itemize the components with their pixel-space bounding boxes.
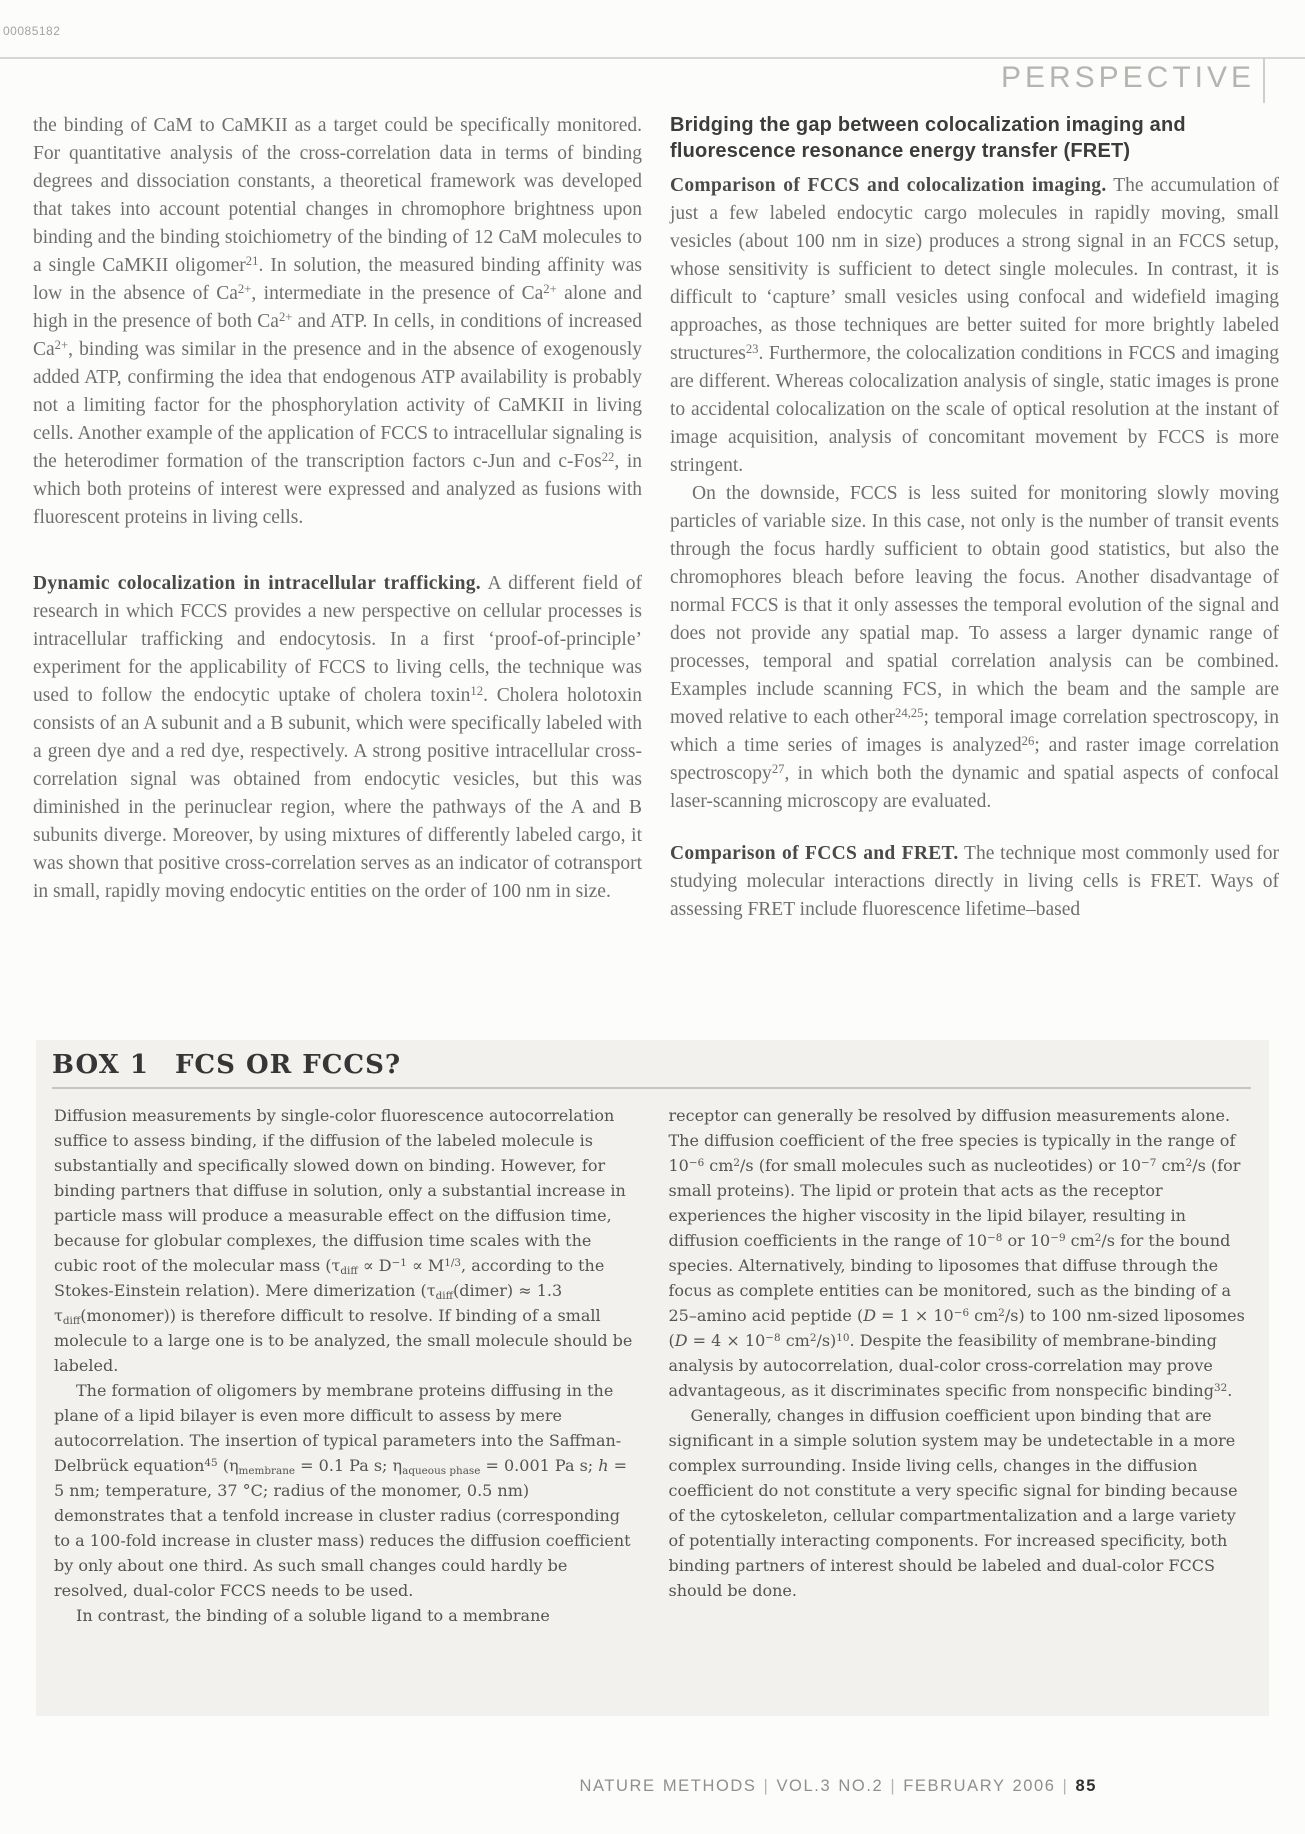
superscript: −1 [392, 1257, 407, 1269]
header-vertical-rule [1263, 57, 1265, 103]
superscript: 2+ [279, 310, 292, 324]
footer-separator: | [757, 1777, 777, 1795]
superscript: 23 [746, 342, 759, 356]
box-right-column: receptor can generally be resolved by di… [669, 1103, 1252, 1628]
body-paragraph: On the downside, FCCS is less suited for… [670, 480, 1279, 816]
right-column: Bridging the gap between colocalization … [670, 112, 1279, 924]
subscript: membrane [239, 1465, 296, 1477]
superscript: 12 [470, 684, 483, 698]
header-rule [0, 57, 1305, 59]
superscript: 21 [246, 254, 259, 268]
body-paragraph: Comparison of FCCS and FRET. The techniq… [670, 840, 1279, 924]
box-paragraph: In contrast, the binding of a soluble li… [54, 1603, 637, 1628]
section-heading: Bridging the gap between colocalization … [670, 112, 1279, 164]
superscript: 2+ [55, 338, 68, 352]
superscript: 2 [998, 1307, 1005, 1319]
box-paragraph: Generally, changes in diffusion coeffici… [669, 1403, 1252, 1603]
page-category-label: PERSPECTIVE [1001, 61, 1255, 95]
box-1-sidebar: BOX 1FCS OR FCCS? Diffusion measurements… [36, 1040, 1269, 1716]
superscript: −8 [765, 1332, 780, 1344]
article-body: the binding of CaM to CaMKII as a target… [33, 112, 1279, 924]
footer-date: FEBRUARY 2006 [903, 1777, 1055, 1795]
box-number: BOX 1 [52, 1050, 149, 1080]
page-footer: NATURE METHODS|VOL.3 NO.2|FEBRUARY 2006|… [0, 1777, 1097, 1796]
box-paragraph: receptor can generally be resolved by di… [669, 1103, 1252, 1403]
body-paragraph: Comparison of FCCS and colocalization im… [670, 172, 1279, 480]
scan-id-stamp: 00085182 [3, 24, 60, 38]
left-column: the binding of CaM to CaMKII as a target… [33, 112, 642, 924]
superscript: 2 [1186, 1157, 1193, 1169]
superscript: 24,25 [895, 706, 923, 720]
superscript: 2 [810, 1332, 817, 1344]
superscript: 2+ [238, 282, 251, 296]
footer-separator: | [1056, 1777, 1076, 1795]
subscript: diff [340, 1265, 357, 1277]
superscript: 2 [733, 1157, 740, 1169]
body-paragraph: the binding of CaM to CaMKII as a target… [33, 112, 642, 532]
footer-journal-name: NATURE METHODS [579, 1777, 756, 1795]
superscript: 26 [1022, 734, 1035, 748]
box-title: BOX 1FCS OR FCCS? [52, 1050, 1251, 1080]
journal-page: { "scan_id": "00085182", "header": { "la… [0, 0, 1305, 1834]
superscript: −9 [1050, 1232, 1065, 1244]
superscript: −6 [954, 1307, 969, 1319]
superscript: −7 [1141, 1157, 1156, 1169]
subscript: aqueous phase [402, 1465, 480, 1477]
superscript: 32 [1214, 1382, 1227, 1394]
box-paragraph: Diffusion measurements by single-color f… [54, 1103, 637, 1378]
box-paragraph: The formation of oligomers by membrane p… [54, 1378, 637, 1603]
superscript: 27 [772, 762, 785, 776]
run-in-heading: Comparison of FCCS and colocalization im… [670, 175, 1107, 196]
box-body: Diffusion measurements by single-color f… [52, 1089, 1251, 1628]
superscript: 2 [1095, 1232, 1102, 1244]
box-title-text: FCS OR FCCS? [175, 1050, 401, 1080]
superscript: 2+ [543, 282, 556, 296]
footer-volume: VOL.3 NO.2 [776, 1777, 883, 1795]
box-left-column: Diffusion measurements by single-color f… [54, 1103, 637, 1628]
superscript: 10 [836, 1332, 849, 1344]
superscript: 45 [204, 1457, 217, 1469]
italic-symbol: D [675, 1331, 688, 1350]
footer-page-number: 85 [1075, 1777, 1097, 1795]
italic-symbol: D [863, 1306, 876, 1325]
run-in-heading: Comparison of FCCS and FRET. [670, 843, 959, 864]
italic-symbol: h [598, 1456, 608, 1475]
superscript: −6 [689, 1157, 704, 1169]
body-paragraph: Dynamic colocalization in intracellular … [33, 570, 642, 906]
superscript: −8 [987, 1232, 1002, 1244]
subscript: diff [436, 1290, 453, 1302]
run-in-heading: Dynamic colocalization in intracellular … [33, 573, 481, 594]
superscript: 1/3 [444, 1257, 461, 1269]
footer-separator: | [883, 1777, 903, 1795]
superscript: 22 [602, 450, 615, 464]
subscript: diff [63, 1315, 80, 1327]
